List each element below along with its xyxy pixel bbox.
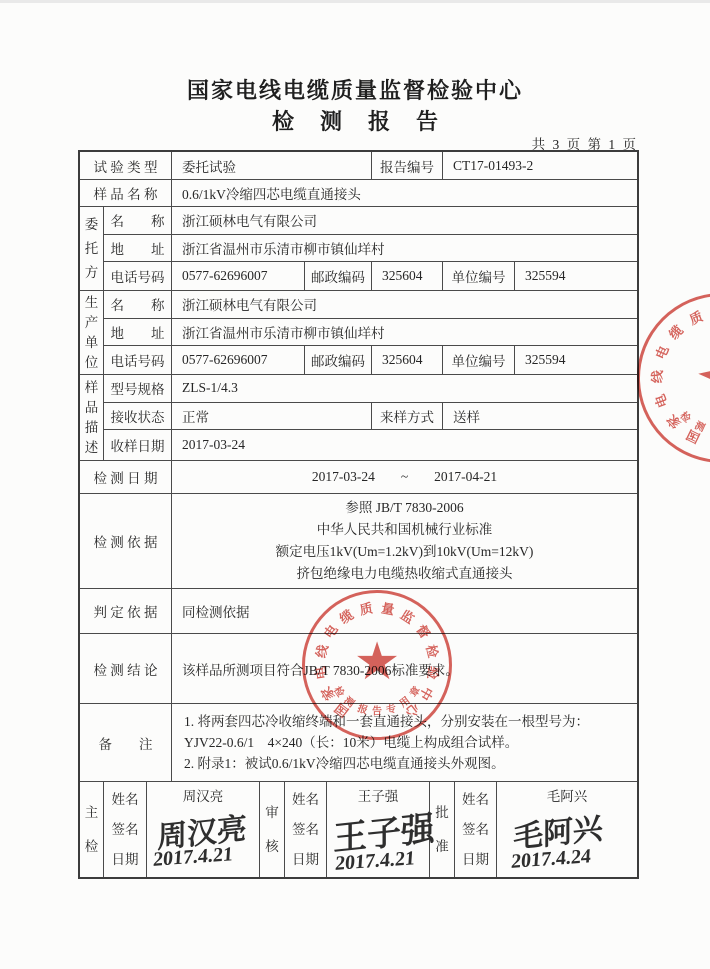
seal-arc-char: 质 [687,306,706,329]
reviewer-handwritten-date: 2017.4.21 [334,847,415,876]
approver-printed-name: 毛阿兴 [497,782,637,812]
client-postal-value: 325604 [372,262,443,290]
report-no-value: CT17-01493-2 [443,152,637,179]
reviewer-date-label: 日期 [285,845,326,875]
client-name-value: 浙江硕林电气有限公司 [172,207,637,234]
receive-state-value: 正常 [172,403,372,430]
producer-name-value: 浙江硕林电气有限公司 [172,291,637,318]
seal-arc-char: 检 [423,643,445,660]
row-receive-date: 收样日期 2017-03-24 [104,430,637,460]
approver-date-label: 日期 [455,845,496,875]
producer-group-label: 生产单位 [80,291,104,374]
judge-basis-label: 判 定 依 据 [80,589,172,633]
reviewer-role-label: 审核 [260,782,285,877]
producer-postal-label: 邮政编码 [305,346,372,374]
client-unit-code-value: 325594 [515,262,637,290]
receive-date-value: 2017-03-24 [172,430,637,460]
producer-phone-value: 0577-62696007 [172,346,305,374]
report-table: 试 验 类 型 委托试验 报告编号 CT17-01493-2 样 品 名 称 0… [78,150,639,879]
client-address-label: 地 址 [104,235,172,262]
seal-arc-char: 督 [413,621,436,643]
row-producer-address: 地 址 浙江省温州市乐清市柳市镇仙垟村 [104,319,637,347]
producer-address-value: 浙江省温州市乐清市柳市镇仙垟村 [172,319,637,346]
test-basis-line-3: 额定电压1kV(Um=1.2kV)到10kV(Um=12kV) [276,541,534,563]
seal-arc-char: 量 [380,597,396,618]
test-basis-value: 参照 JB/T 7830-2006 中华人民共和国机械行业标准 额定电压1kV(… [172,494,637,588]
seal-arc-char: 线 [646,369,665,383]
sample-desc-group-label: 样品描述 [80,375,104,460]
reviewer-sign-label: 签名 [285,815,326,845]
row-client-address: 地 址 浙江省温州市乐清市柳市镇仙垟村 [104,235,637,263]
approver-role-text: 批准 [434,796,450,864]
sampling-label: 来样方式 [372,403,443,430]
client-postal-label: 邮政编码 [305,262,372,290]
producer-unit-code-label: 单位编号 [443,346,515,374]
approver-role-label: 批准 [430,782,455,877]
reviewer-role-text: 审核 [264,796,280,864]
receive-state-label: 接收状态 [104,403,172,430]
client-group-label: 委托方 [80,207,104,290]
seal-arc-char: 监 [398,605,419,628]
test-date-tilde: ~ [401,469,408,485]
conclusion-label: 检 测 结 论 [80,634,172,703]
client-unit-code-label: 单位编号 [443,262,515,290]
producer-unit-code-value: 325594 [515,346,637,374]
seal-arc-char: 电 [309,666,330,682]
client-rows: 名 称 浙江硕林电气有限公司 地 址 浙江省温州市乐清市柳市镇仙垟村 电话号码 … [104,207,637,290]
sample-name-value: 0.6/1kV冷缩四芯电缆直通接头 [172,180,637,206]
seal-arc-char: 缆 [664,320,687,343]
seal-arc-char: 电 [650,342,673,361]
chief-name-label: 姓名 [104,785,146,815]
remark-line-3: 2. 附录1：被试0.6/1kV冷缩四芯电缆直通接头外观图。 [184,753,505,774]
producer-address-label: 地 址 [104,319,172,346]
report-title: 检测报告 [0,105,710,136]
seal-arc-char: 线 [310,643,332,660]
test-basis-line-2: 中华人民共和国机械行业标准 [317,519,493,541]
test-date-start: 2017-03-24 [312,469,375,485]
chief-date-label: 日期 [104,845,146,875]
row-test-date: 检 测 日 期 2017-03-24 ~ 2017-04-21 [80,461,637,494]
row-client-phone: 电话号码 0577-62696007 邮政编码 325604 单位编号 3255… [104,262,637,290]
seal-star-icon: ★ [354,637,401,689]
producer-postal-value: 325604 [372,346,443,374]
seal-arc-char: 验 [424,666,445,682]
row-model: 型号规格 ZLS-1/4.3 [104,375,637,403]
chief-role-text: 主检 [84,796,100,864]
group-producer: 生产单位 名 称 浙江硕林电气有限公司 地 址 浙江省温州市乐清市柳市镇仙垟村 … [80,291,637,375]
test-type-label: 试 验 类 型 [80,152,172,179]
test-date-value: 2017-03-24 ~ 2017-04-21 [172,461,637,493]
seal-arc-char: 缆 [335,605,356,628]
seal-arc-char: 专 [384,699,398,716]
producer-group-text: 生产单位 [84,293,100,373]
producer-name-label: 名 称 [104,291,172,318]
sample-desc-group-text: 样品描述 [84,378,100,458]
row-receive-state: 接收状态 正常 来样方式 送样 [104,403,637,431]
test-date-end: 2017-04-21 [434,469,497,485]
sample-name-label: 样 品 名 称 [80,180,172,206]
producer-phone-label: 电话号码 [104,346,172,374]
approver-name-label: 姓名 [455,785,496,815]
reviewer-name-label: 姓名 [285,785,326,815]
chief-field-labels: 姓名 签名 日期 [104,782,147,877]
row-test-type: 试 验 类 型 委托试验 报告编号 CT17-01493-2 [80,152,637,180]
seal-arc-char: 电 [649,392,671,411]
report-no-label: 报告编号 [372,152,443,179]
test-basis-line-4: 挤包绝缘电力电缆热收缩式直通接头 [297,563,513,585]
row-producer-name: 名 称 浙江硕林电气有限公司 [104,291,637,319]
seal-arc-char: 告 [372,703,382,718]
sampling-value: 送样 [443,403,637,430]
official-seal-center: ★ 国家电线电缆质量监督检验中心检测报告专用章 [302,590,452,740]
test-basis-line-1: 参照 JB/T 7830-2006 [345,497,463,519]
chief-sign-label: 签名 [104,815,146,845]
chief-handwritten-date: 2017.4.21 [152,843,233,872]
seal-arc-char: 质 [358,597,374,618]
seal-arc-char: 测 [693,416,708,434]
reviewer-field-labels: 姓名 签名 日期 [285,782,327,877]
model-label: 型号规格 [104,375,172,402]
reviewer-signature-cell: 王子强 王子强 2017.4.21 [327,782,430,877]
approver-sign-label: 签名 [455,815,496,845]
chief-signature-cell: 周汉亮 周汉亮 2017.4.21 [147,782,260,877]
row-test-basis: 检 测 依 据 参照 JB/T 7830-2006 中华人民共和国机械行业标准 … [80,494,637,589]
remark-label: 备 注 [80,704,172,781]
sample-desc-rows: 型号规格 ZLS-1/4.3 接收状态 正常 来样方式 送样 收样日期 2017… [104,375,637,460]
reviewer-printed-name: 王子强 [327,782,429,812]
row-producer-phone: 电话号码 0577-62696007 邮政编码 325604 单位编号 3255… [104,346,637,374]
test-basis-label: 检 测 依 据 [80,494,172,588]
approver-field-labels: 姓名 签名 日期 [455,782,497,877]
receive-date-label: 收样日期 [104,430,172,460]
row-client-name: 名 称 浙江硕林电气有限公司 [104,207,637,235]
model-value: ZLS-1/4.3 [172,375,637,402]
test-date-label: 检 测 日 期 [80,461,172,493]
test-type-value: 委托试验 [172,152,372,179]
seal-arc-char: 电 [318,621,341,643]
scan-edge-artifact [0,0,710,3]
scanned-report-page: 国家电线电缆质量监督检验中心 检测报告 共 3 页 第 1 页 试 验 类 型 … [0,0,710,969]
row-signatures: 主检 姓名 签名 日期 周汉亮 周汉亮 2017.4.21 审核 姓名 签名 日… [80,782,637,877]
client-phone-value: 0577-62696007 [172,262,305,290]
seal-star-icon: ★ [690,342,710,410]
chief-printed-name: 周汉亮 [147,782,259,812]
client-name-label: 名 称 [104,207,172,234]
client-group-text: 委托方 [84,213,100,285]
chief-role-label: 主检 [80,782,104,877]
seal-arc-char: 报 [356,699,370,716]
approver-signature-cell: 毛阿兴 毛阿兴 2017.4.24 [497,782,637,877]
producer-rows: 名 称 浙江硕林电气有限公司 地 址 浙江省温州市乐清市柳市镇仙垟村 电话号码 … [104,291,637,374]
row-sample-name: 样 品 名 称 0.6/1kV冷缩四芯电缆直通接头 [80,180,637,207]
approver-handwritten-date: 2017.4.24 [510,845,591,874]
group-sample-desc: 样品描述 型号规格 ZLS-1/4.3 接收状态 正常 来样方式 送样 收样日期… [80,375,637,461]
org-title: 国家电线电缆质量监督检验中心 [0,74,710,105]
group-client: 委托方 名 称 浙江硕林电气有限公司 地 址 浙江省温州市乐清市柳市镇仙垟村 电… [80,207,637,291]
client-address-value: 浙江省温州市乐清市柳市镇仙垟村 [172,235,637,262]
client-phone-label: 电话号码 [104,262,172,290]
